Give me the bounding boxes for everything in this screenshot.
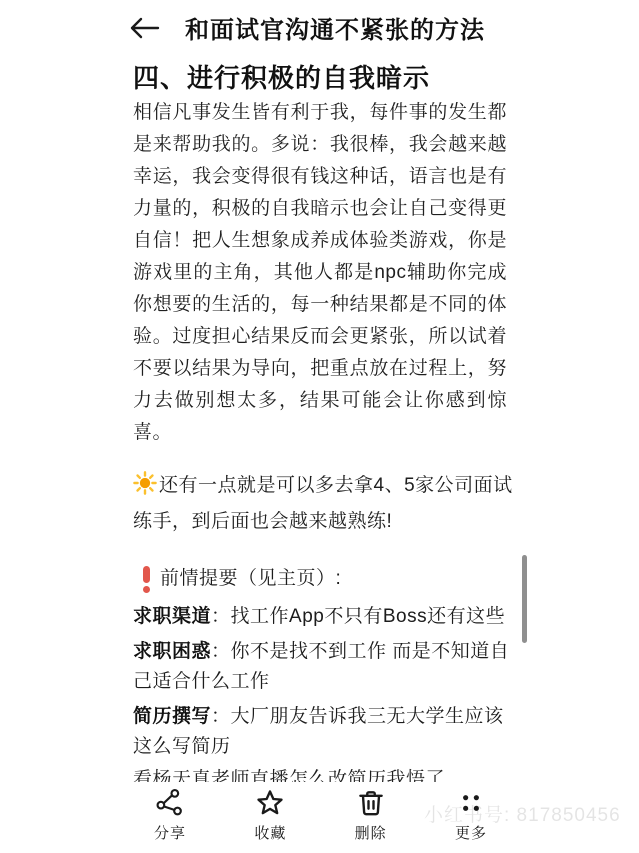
bottom-toolbar: 分享 收藏 删除 更多: [0, 782, 639, 853]
back-button[interactable]: [127, 15, 161, 41]
tip-paragraph: 还有一点就是可以多去拿4、5家公司面试练手，到后面也会越来越熟练!: [133, 470, 515, 538]
tip-text: 还有一点就是可以多去拿4、5家公司面试练手，到后面也会越来越熟练!: [133, 475, 513, 532]
more-button[interactable]: 更多: [441, 788, 501, 843]
page-title: 和面试官沟通不紧张的方法: [185, 10, 485, 45]
recap-item-confusion: 求职困惑：你不是找不到工作 而是不知道自己适合什么工作: [133, 637, 513, 697]
collect-label: 收藏: [254, 822, 286, 843]
note-detail-screen: 和面试官沟通不紧张的方法 四、进行积极的自我暗示 相信凡事发生皆有利于我，每件事…: [0, 0, 639, 853]
recap-title: 前情提要（见主页）:: [160, 564, 341, 594]
share-button[interactable]: 分享: [140, 788, 200, 843]
recap-item-resume: 简历撰写：大厂朋友告诉我三无大学生应该这么写简历: [133, 702, 513, 762]
share-label: 分享: [154, 822, 186, 843]
star-icon: [255, 788, 285, 818]
more-label-delete: 删除: [355, 822, 387, 843]
more-dots-icon: [456, 788, 486, 818]
recap-item-label: 求职渠道: [133, 606, 211, 627]
recap-title-row: 前情提要（见主页）:: [143, 564, 513, 594]
red-exclamation-icon: [143, 566, 150, 593]
article-paragraph: 相信凡事发生皆有利于我，每件事的发生都是来帮助我的。多说：我很棒，我会越来越幸运…: [133, 97, 507, 449]
recap-item-channels: 求职渠道：找工作App不只有Boss还有这些: [133, 602, 513, 632]
collect-button[interactable]: 收藏: [240, 788, 300, 843]
share-icon: [155, 788, 185, 818]
left-arrow-icon: [127, 15, 161, 41]
recap-item-text: 找工作App不只有Boss还有这些: [231, 606, 506, 627]
more-label: 更多: [455, 822, 487, 843]
sun-icon: [133, 471, 157, 506]
delete-button[interactable]: 删除: [341, 788, 401, 843]
header: 和面试官沟通不紧张的方法: [127, 10, 485, 45]
trash-icon: [356, 788, 386, 818]
recap-section: 前情提要（见主页）: 求职渠道：找工作App不只有Boss还有这些 求职困惑：你…: [133, 564, 513, 767]
scrollbar-thumb[interactable]: [522, 555, 527, 643]
recap-item-label: 求职困惑: [133, 641, 211, 662]
recap-item-label: 简历撰写: [133, 706, 211, 727]
section-heading: 四、进行积极的自我暗示: [133, 58, 430, 95]
